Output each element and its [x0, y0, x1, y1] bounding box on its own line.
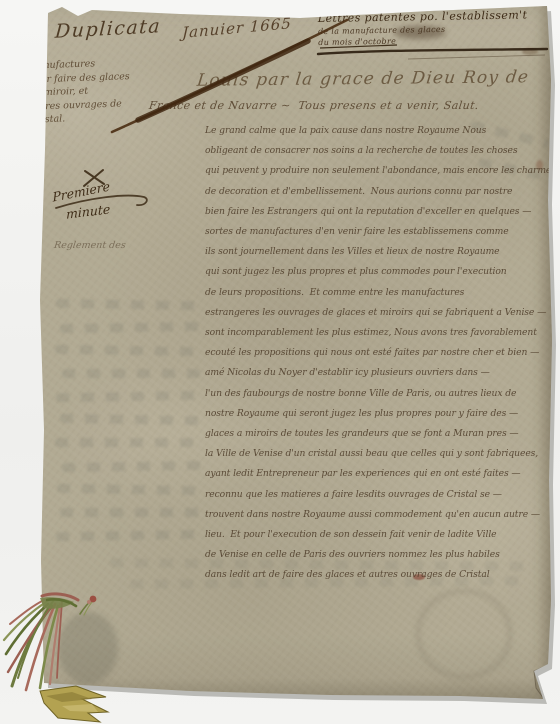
manuscript-line: estrangeres les ouvrages de glaces et mi…	[205, 303, 550, 323]
manuscript-line: lieu. Et pour l'execution de son dessein…	[205, 525, 550, 545]
bleedthrough-mark	[62, 369, 200, 378]
manuscript-line: ils sont journellement dans les Villes e…	[205, 242, 550, 262]
manuscript-line: reconnu que les matieres a faire lesdits…	[205, 485, 550, 505]
manuscript-line: de Venise en celle de Paris des ouvriers…	[205, 545, 550, 565]
bleedthrough-mark	[60, 414, 202, 425]
bleedthrough-mark	[56, 299, 196, 310]
manuscript-line: Le grand calme que la paix cause dans no…	[205, 121, 550, 141]
docket-title-block: Lettres patentes po. l'establissem't de …	[318, 8, 553, 47]
margin-note-premiere: Premiere	[51, 179, 111, 205]
opening-formula-line: France et de Navarre ~ Tous presens et a…	[149, 99, 479, 112]
manuscript-line: qui peuvent y produire non seulement l'a…	[205, 161, 550, 181]
manuscript-line: sortes de manufactures d'en venir faire …	[205, 222, 550, 242]
manuscript-line: bien faire les Estrangers qui ont la rep…	[205, 202, 550, 222]
manuscript-line: ecouté les propositions qui nous ont est…	[205, 343, 550, 363]
bleedthrough-mark	[60, 508, 200, 517]
manuscript-line: la Ville de Venise d'un cristal aussi be…	[205, 444, 550, 464]
docket-rule-echo	[408, 55, 545, 59]
manuscript-line: qui sont jugez les plus propres et plus …	[205, 262, 550, 282]
embossed-seal-ghost	[415, 588, 513, 680]
manuscript-line: obligeant de consacrer nos soins a la re…	[205, 141, 550, 161]
manuscript-line: de leurs propositions. Et comme entre le…	[205, 283, 550, 303]
photograph-of-manuscript: Duplicata Januier 1665 Lettres patentes …	[0, 0, 560, 724]
bleedthrough-mark	[55, 345, 205, 357]
bleedthrough-mark	[62, 461, 202, 472]
manuscript-line: de decoration et d'embellissement. Nous …	[205, 182, 550, 202]
manuscript-line: sont incomparablement les plus estimez, …	[205, 323, 550, 343]
manuscript-line: glaces a miroirs de toutes les grandeurs…	[205, 424, 550, 444]
stain-near-tassel	[58, 612, 118, 684]
opening-formula-line: Louis par la grace de Dieu Roy de	[197, 67, 529, 90]
manuscript-body: Le grand calme que la paix cause dans no…	[205, 121, 550, 586]
manuscript-line: ayant ledit Entrepreneur par les experie…	[205, 464, 550, 484]
ribbon-fragment	[40, 686, 108, 722]
margin-note-premiere: minute	[65, 201, 111, 221]
bleedthrough-mark	[56, 391, 204, 403]
bleedthrough-mark	[57, 484, 205, 496]
margin-note-manufacture: Manufacturespour faire des glacesde miro…	[28, 54, 180, 127]
bleedthrough-mark	[56, 530, 202, 542]
manuscript-line: dans ledit art de faire des glaces et au…	[205, 565, 550, 585]
manuscript-line: nostre Royaume qui seront jugez les plus…	[205, 404, 550, 424]
docket-rule-line	[318, 49, 547, 54]
duplicata-inscription: Duplicata	[54, 15, 161, 43]
parchment-sheet: Duplicata Januier 1665 Lettres patentes …	[0, 0, 560, 724]
docket-title-line: du mois d'octobre	[318, 34, 552, 47]
manuscript-line: amé Nicolas du Noyer d'establir icy plus…	[205, 363, 550, 383]
manuscript-line: trouvent dans nostre Royaume aussi commo…	[205, 505, 550, 525]
bleedthrough-mark	[55, 438, 205, 447]
bleedthrough-mark	[60, 322, 205, 334]
stain-speck	[522, 48, 538, 55]
margin-fragment: Reglement des	[54, 240, 126, 251]
date-inscription: Januier 1665	[181, 14, 292, 42]
manuscript-line: l'un des faubourgs de nostre bonne Ville…	[205, 384, 550, 404]
docket-title-line: Lettres patentes po. l'establissem't	[318, 8, 552, 25]
